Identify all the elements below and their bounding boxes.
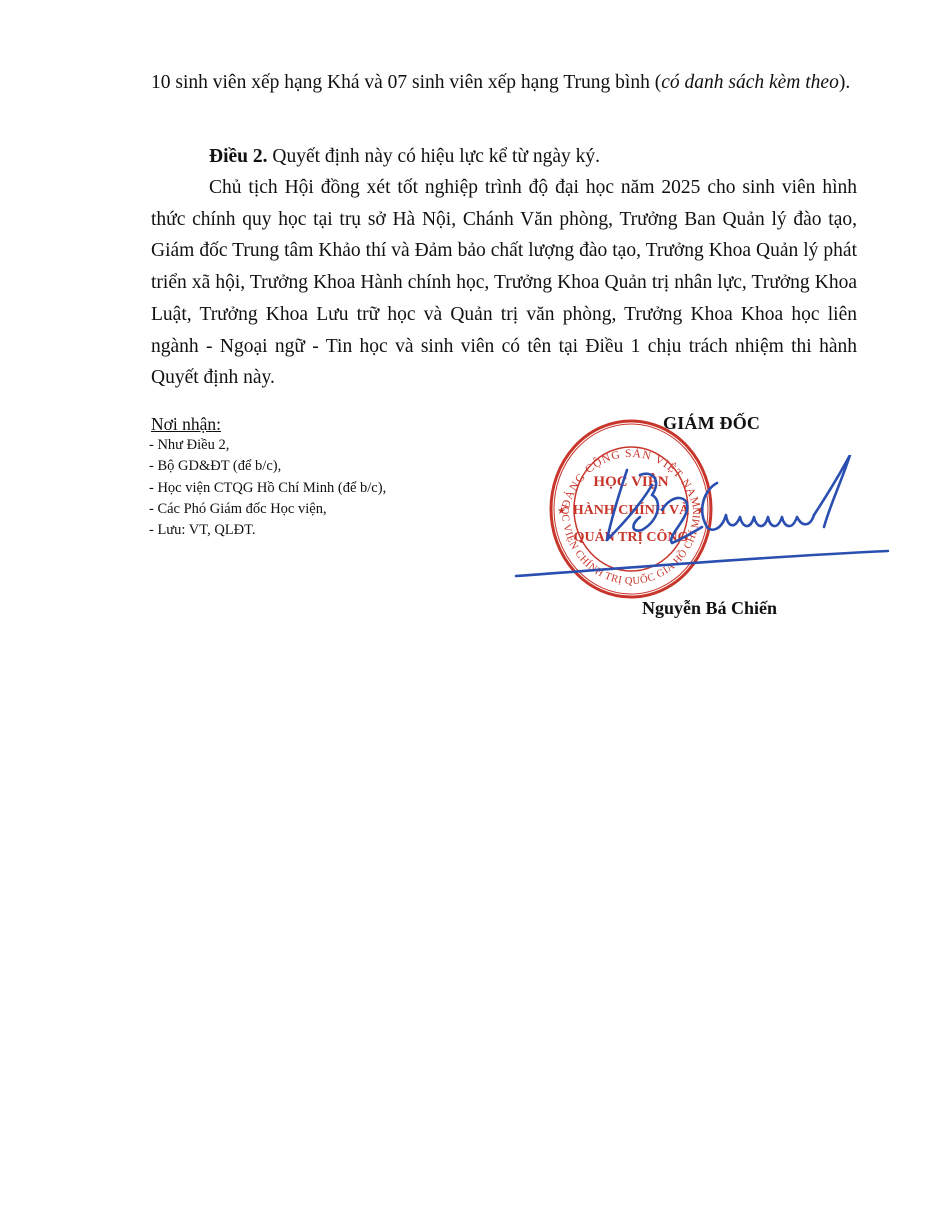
recipients-title: Nơi nhận: (151, 414, 386, 435)
article-2: Điều 2. Quyết định này có hiệu lực kể từ… (151, 141, 857, 173)
recipient-item: - Bộ GD&ĐT (để b/c), (149, 456, 386, 477)
article-2-label: Điều 2. (209, 146, 268, 167)
paragraph-student-ranking: 10 sinh viên xếp hạng Khá và 07 sinh viê… (151, 67, 857, 99)
recipient-item: - Như Điều 2, (149, 435, 386, 456)
recipient-item: - Lưu: VT, QLĐT. (149, 520, 386, 541)
signer-name: Nguyễn Bá Chiến (642, 598, 777, 619)
handwritten-signature (512, 455, 892, 590)
attachment-note: có danh sách kèm theo (661, 72, 839, 93)
recipients-list: Nơi nhận: - Như Điều 2, - Bộ GD&ĐT (để b… (151, 414, 386, 541)
recipient-item: - Học viện CTQG Hồ Chí Minh (để b/c), (149, 478, 386, 499)
paragraph-responsibility: Chủ tịch Hội đồng xét tốt nghiệp trình đ… (151, 172, 857, 394)
recipient-item: - Các Phó Giám đốc Học viện, (149, 499, 386, 520)
signer-position-title: GIÁM ĐỐC (663, 413, 760, 434)
